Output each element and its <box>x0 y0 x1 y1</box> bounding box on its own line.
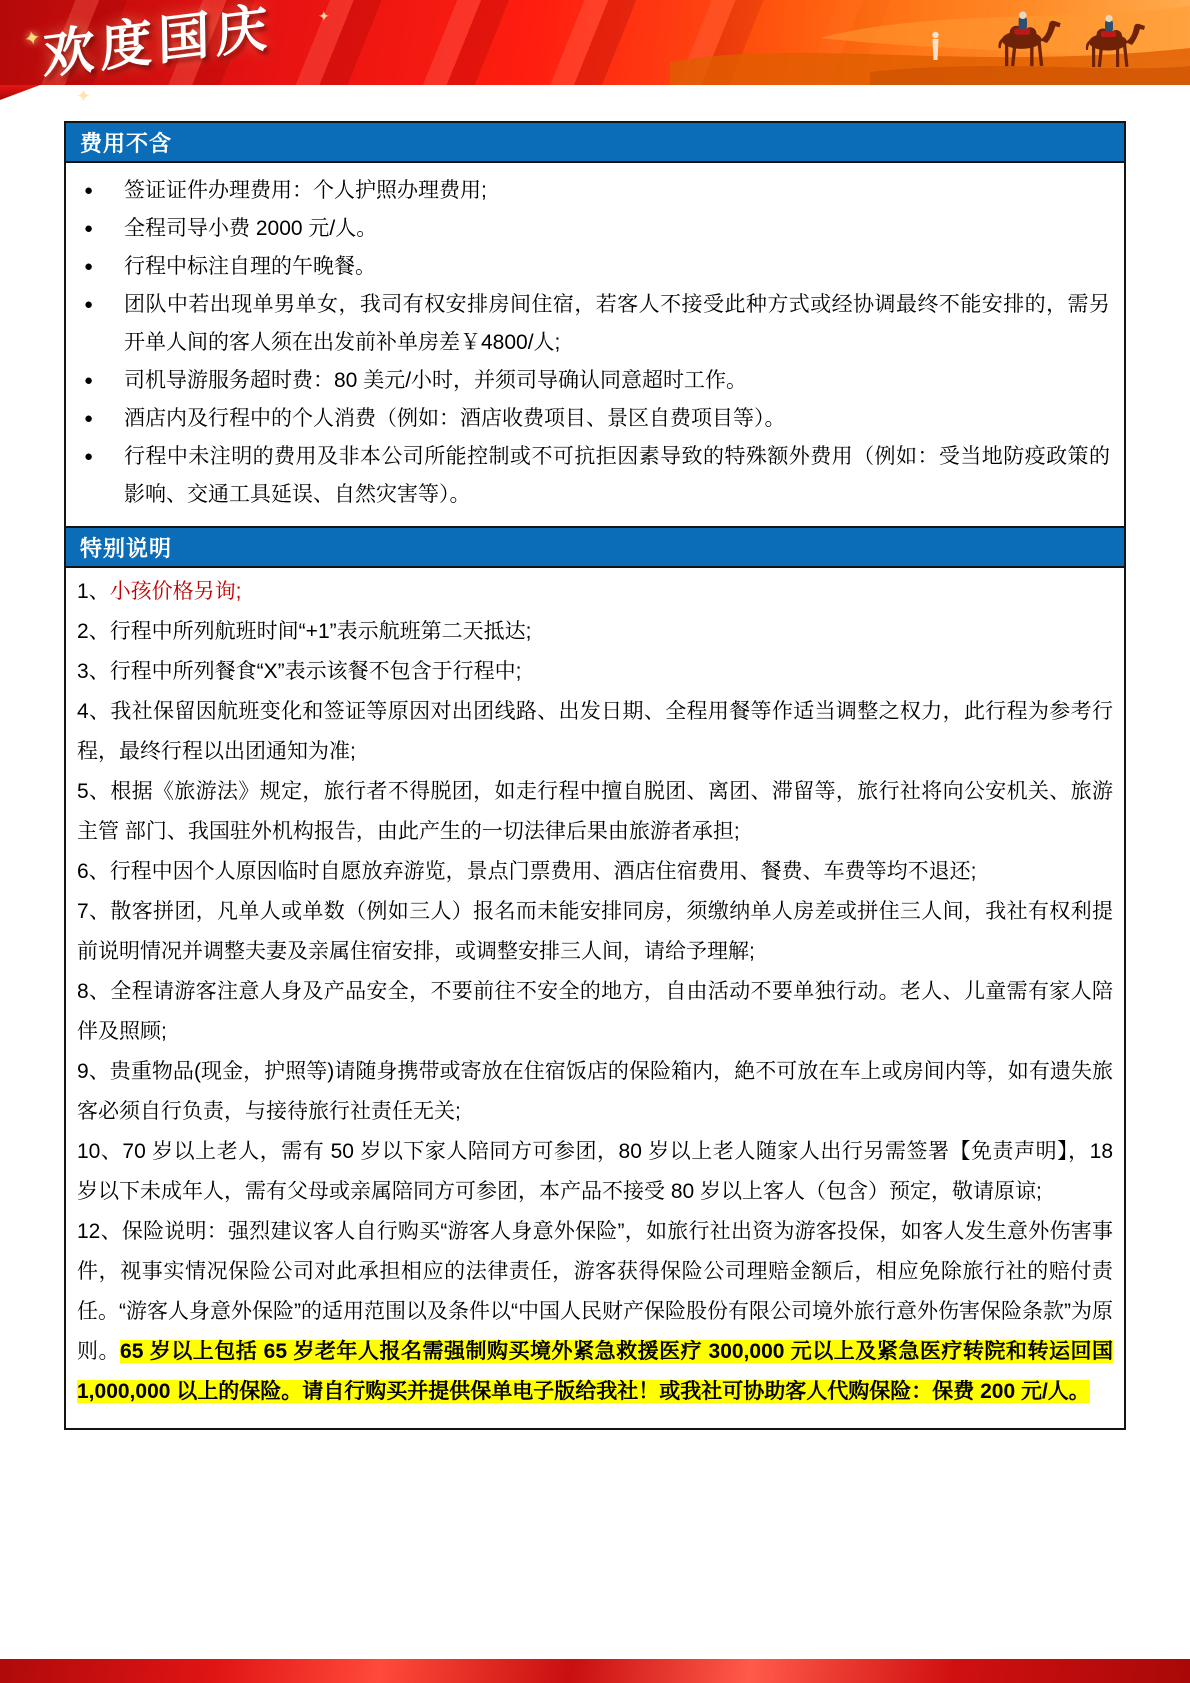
note-item-12: 12、保险说明：强烈建议客人自行购买“游客人身意外保险”，如旅行社出资为游客投保… <box>77 1212 1113 1412</box>
fee-item-text: 团队中若出现单男单女，我司有权安排房间住宿，若客人不接受此种方式或经协调最终不能… <box>124 286 1110 362</box>
note-number: 2、 <box>77 620 110 643</box>
bullet-icon: ● <box>80 286 124 362</box>
bullet-icon: ● <box>80 248 124 286</box>
bullet-icon: ● <box>80 172 124 210</box>
note-item-9: 9、贵重物品(现金，护照等)请随身携带或寄放在住宿饭店的保险箱内，絶不可放在车上… <box>77 1052 1113 1132</box>
bullet-icon: ● <box>80 362 124 400</box>
bullet-icon: ● <box>80 438 124 514</box>
note-number: 5、 <box>77 780 110 803</box>
festive-banner: ✦ 欢度国庆 ✦ <box>0 0 1190 85</box>
fee-item-text: 行程中未注明的费用及非本公司所能控制或不可抗拒因素导致的特殊额外费用（例如：受当… <box>124 438 1110 514</box>
note-text: 贵重物品(现金，护照等)请随身携带或寄放在住宿饭店的保险箱内，絶不可放在车上或房… <box>77 1060 1113 1123</box>
note-text: 散客拼团，凡单人或单数（例如三人）报名而未能安排同房，须缴纳单人房差或拼住三人间… <box>77 900 1113 963</box>
banner-slogan: 欢度国庆 <box>42 0 274 85</box>
list-item: ● 司机导游服务超时费：80 美元/小时，并须司导确认同意超时工作。 <box>80 362 1110 400</box>
fee-item-text: 全程司导小费 2000 元/人。 <box>124 210 1110 248</box>
ribbon-tail-decoration <box>0 85 40 100</box>
note-text: 行程中所列航班时间“+1”表示航班第二天抵达; <box>110 620 532 643</box>
note-number: 12、 <box>77 1220 122 1243</box>
fee-item-text: 司机导游服务超时费：80 美元/小时，并须司导确认同意超时工作。 <box>124 362 1110 400</box>
note-number: 4、 <box>77 700 110 723</box>
note-text: 根据《旅游法》规定，旅行者不得脱团，如走行程中擅自脱团、离团、滞留等，旅行社将向… <box>77 780 1113 843</box>
note-item-1: 1、小孩价格另询; <box>77 572 1113 612</box>
note-text: 行程中因个人原因临时自愿放弃游览，景点门票费用、酒店住宿费用、餐费、车费等均不退… <box>110 860 977 883</box>
fee-item-text: 行程中标注自理的午晚餐。 <box>124 248 1110 286</box>
note-item-2: 2、行程中所列航班时间“+1”表示航班第二天抵达; <box>77 612 1113 652</box>
fees-excluded-title: 费用不含 <box>80 127 172 158</box>
list-item: ● 行程中未注明的费用及非本公司所能控制或不可抗拒因素导致的特殊额外费用（例如：… <box>80 438 1110 514</box>
itinerary-page: ✦ 欢度国庆 ✦ ✦ 费用不含 ● 签证证件办理费用：个人护照办理费用; ● 全… <box>0 0 1190 1683</box>
note-number: 8、 <box>77 980 110 1003</box>
note-number: 1、 <box>77 580 110 603</box>
note-text-red: 小孩价格另询; <box>110 580 242 603</box>
list-item: ● 酒店内及行程中的个人消费（例如：酒店收费项目、景区自费项目等）。 <box>80 400 1110 438</box>
fee-item-text: 酒店内及行程中的个人消费（例如：酒店收费项目、景区自费项目等）。 <box>124 400 1110 438</box>
gold-star-icon: ✦ <box>318 8 330 25</box>
note-item-7: 7、散客拼团，凡单人或单数（例如三人）报名而未能安排同房，须缴纳单人房差或拼住三… <box>77 892 1113 972</box>
bullet-icon: ● <box>80 210 124 248</box>
note-item-10: 10、70 岁以上老人，需有 50 岁以下家人陪同方可参团，80 岁以上老人随家… <box>77 1132 1113 1212</box>
note-number: 10、 <box>77 1140 122 1163</box>
section-header-special-notes: 特别说明 <box>66 526 1124 568</box>
footer-red-ribbon <box>0 1659 1190 1683</box>
note-text: 我社保留因航班变化和签证等原因对出团线路、出发日期、全程用餐等作适当调整之权力，… <box>77 700 1113 763</box>
list-item: ● 行程中标注自理的午晚餐。 <box>80 248 1110 286</box>
desert-camels-illustration <box>670 0 1190 85</box>
list-item: ● 团队中若出现单男单女，我司有权安排房间住宿，若客人不接受此种方式或经协调最终… <box>80 286 1110 362</box>
itinerary-info-table: 费用不含 ● 签证证件办理费用：个人护照办理费用; ● 全程司导小费 2000 … <box>64 121 1126 1430</box>
note-number: 6、 <box>77 860 110 883</box>
special-notes-list: 1、小孩价格另询; 2、行程中所列航班时间“+1”表示航班第二天抵达; 3、行程… <box>66 568 1124 1428</box>
note-text-highlighted: 65 岁以上包括 65 岁老年人报名需强制购买境外紧急救援医疗 300,000 … <box>77 1340 1113 1403</box>
fee-item-text: 签证证件办理费用：个人护照办理费用; <box>124 172 1110 210</box>
note-item-4: 4、我社保留因航班变化和签证等原因对出团线路、出发日期、全程用餐等作适当调整之权… <box>77 692 1113 772</box>
note-item-6: 6、行程中因个人原因临时自愿放弃游览，景点门票费用、酒店住宿费用、餐费、车费等均… <box>77 852 1113 892</box>
list-item: ● 全程司导小费 2000 元/人。 <box>80 210 1110 248</box>
bullet-icon: ● <box>80 400 124 438</box>
special-notes-title: 特别说明 <box>80 532 172 563</box>
fees-excluded-list: ● 签证证件办理费用：个人护照办理费用; ● 全程司导小费 2000 元/人。 … <box>66 163 1124 526</box>
note-number: 3、 <box>77 660 110 683</box>
sparkle-icon: ✦ <box>76 86 91 107</box>
note-number: 9、 <box>77 1060 110 1083</box>
note-text: 全程请游客注意人身及产品安全，不要前往不安全的地方，自由活动不要单独行动。老人、… <box>77 980 1113 1043</box>
note-number: 7、 <box>77 900 110 923</box>
note-item-3: 3、行程中所列餐食“X”表示该餐不包含于行程中; <box>77 652 1113 692</box>
note-text: 70 岁以上老人，需有 50 岁以下家人陪同方可参团，80 岁以上老人随家人出行… <box>77 1140 1113 1203</box>
note-item-5: 5、根据《旅游法》规定，旅行者不得脱团，如走行程中擅自脱团、离团、滞留等，旅行社… <box>77 772 1113 852</box>
section-header-fees-excluded: 费用不含 <box>66 123 1124 163</box>
note-item-8: 8、全程请游客注意人身及产品安全，不要前往不安全的地方，自由活动不要单独行动。老… <box>77 972 1113 1052</box>
note-text: 行程中所列餐食“X”表示该餐不包含于行程中; <box>110 660 522 683</box>
list-item: ● 签证证件办理费用：个人护照办理费用; <box>80 172 1110 210</box>
